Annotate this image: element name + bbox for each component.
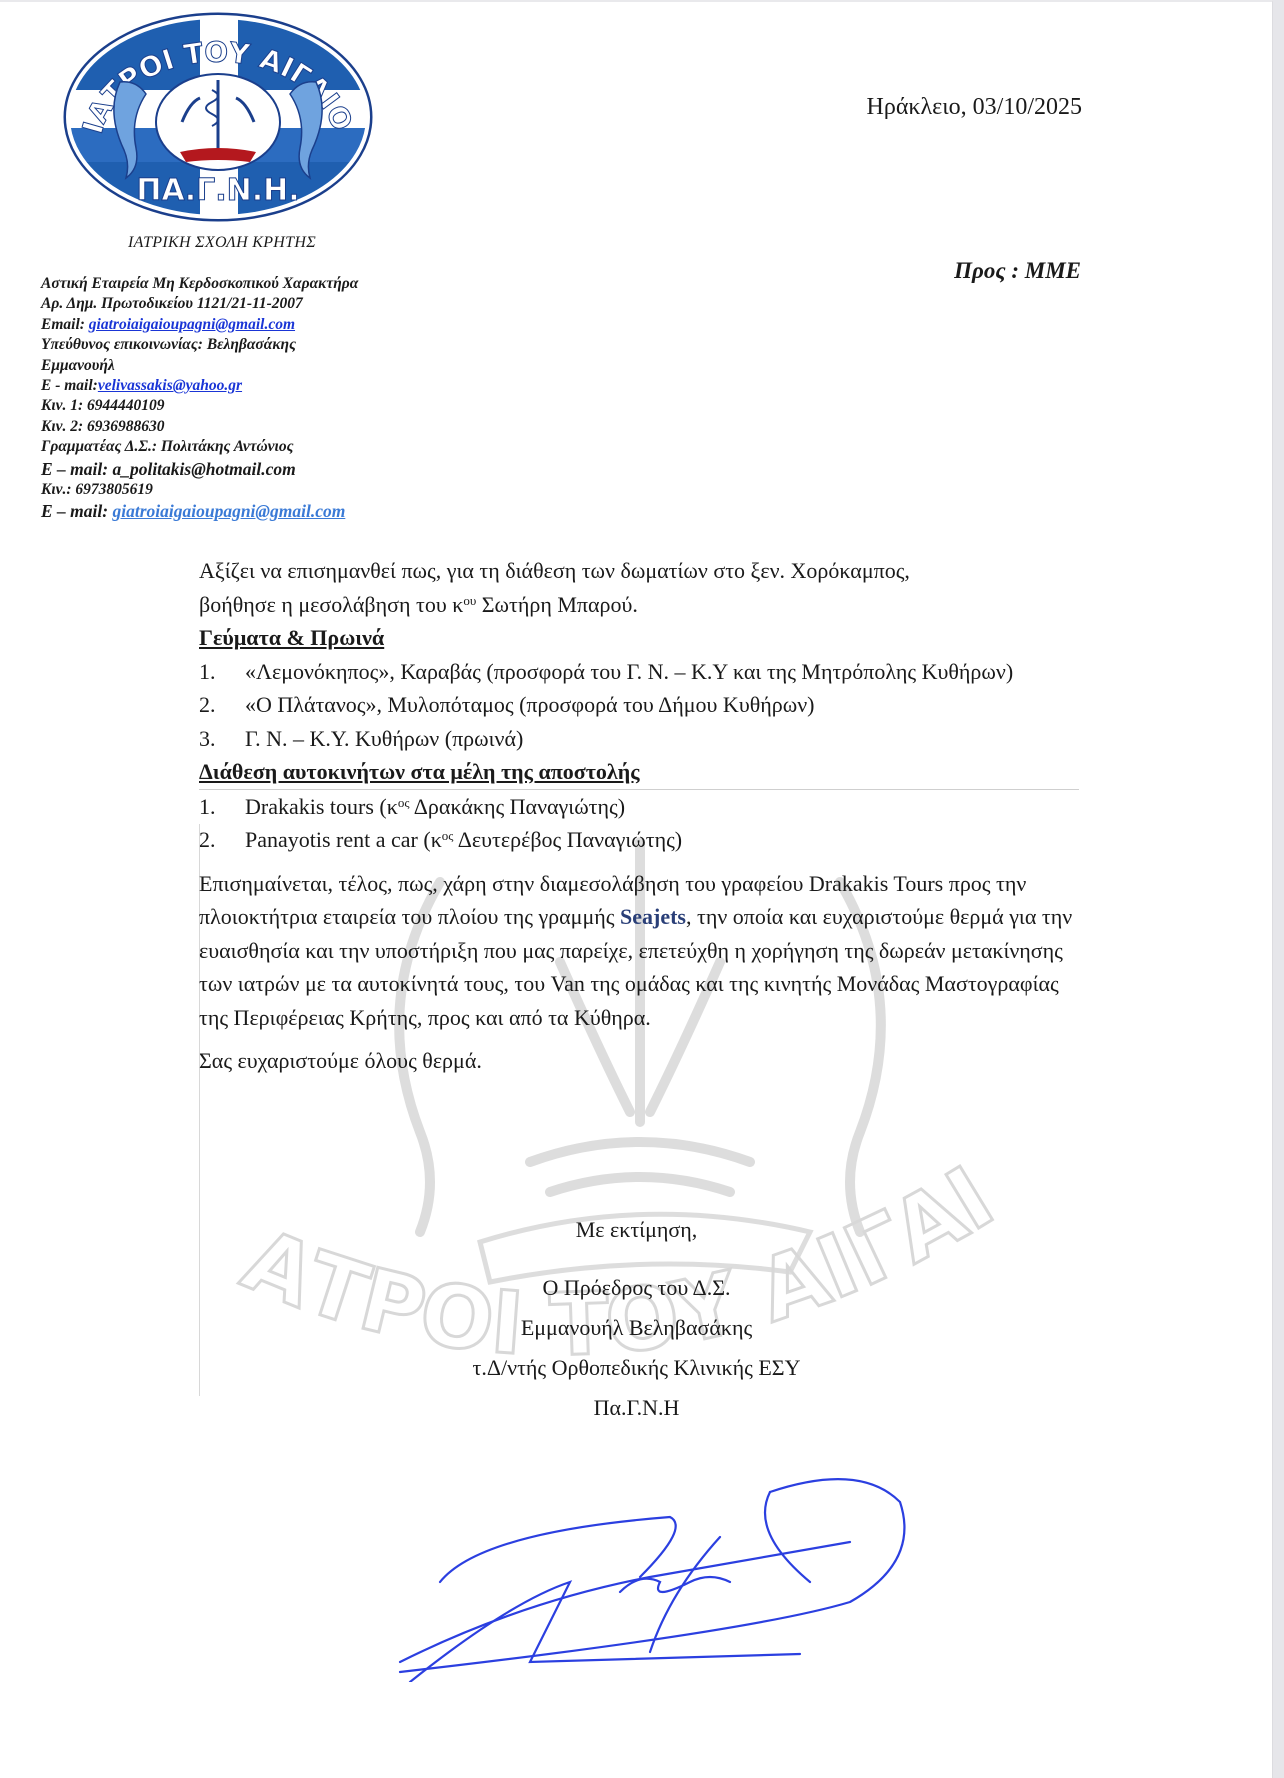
brand-name: Seajets	[620, 904, 686, 929]
letter-body: Αξίζει να επισημανθεί πως, για τη διάθεσ…	[199, 554, 1079, 1078]
list-text: Drakakis tours (κ	[245, 794, 398, 819]
list-item: 2.Panayotis rent a car (κος Δευτερέβος Π…	[199, 823, 1079, 857]
closing-paragraph: Επισημαίνεται, τέλος, πως, χάρη στην δια…	[199, 867, 1079, 1035]
signer-name: Εμμανουήλ Βεληβασάκης	[0, 1308, 1273, 1348]
email4-label: E – mail:	[41, 501, 112, 521]
signer-role: τ.Δ/ντής Ορθοπεδικής Κλινικής ΕΣΥ	[0, 1348, 1273, 1388]
list-number: 2.	[199, 823, 216, 857]
list-item: 1.Drakakis tours (κος Δρακάκης Παναγιώτη…	[199, 790, 1079, 824]
list-number: 1.	[199, 655, 216, 689]
intro-line-1: Αξίζει να επισημανθεί πως, για τη διάθεσ…	[199, 554, 1079, 588]
logo-bottom-text: ΠΑ.Γ.Ν.Η.	[136, 173, 299, 208]
email2-label: E - mail:	[41, 377, 98, 394]
thanks-line: Σας ευχαριστούμε όλους θερμά.	[199, 1044, 1079, 1078]
list-text: Panayotis rent a car (κ	[245, 827, 442, 852]
list-text: Γ. Ν. – Κ.Υ. Κυθήρων (πρωινά)	[245, 726, 523, 751]
mobile-2: Κιν. 2: 6936988630	[41, 417, 461, 437]
email3-line: E – mail: a_politakis@hotmail.com	[41, 458, 461, 480]
list-text: Δευτερέβος Παναγιώτης)	[453, 827, 682, 852]
email4-link[interactable]: giatroiaigaioupagni@gmail.com	[112, 501, 345, 521]
list-item: 2.«Ο Πλάτανος», Μυλοπόταμος (προσφορά το…	[199, 688, 1079, 722]
letter-date: Ηράκλειο, 03/10/2025	[867, 94, 1082, 121]
comms-contact-name: Εμμανουήλ	[41, 356, 461, 376]
intro-text-a: βοήθησε η μεσολάβηση του κ	[199, 592, 463, 617]
honorific-sup: ου	[463, 593, 476, 608]
secretary: Γραμματέας Δ.Σ.: Πολιτάκης Αντώνιος	[41, 437, 461, 457]
signer-title: Ο Πρόεδρος του Δ.Σ.	[0, 1268, 1273, 1308]
contact-block: Αστική Εταιρεία Μη Κερδοσκοπικού Χαρακτή…	[41, 274, 461, 522]
honorific-sup: ος	[398, 795, 410, 810]
intro-line-2: βοήθησε η μεσολάβηση του κου Σωτήρη Μπαρ…	[199, 588, 1079, 622]
recipient: Προς : ΜΜΕ	[954, 258, 1081, 284]
list-text: Δρακάκης Παναγιώτης)	[410, 794, 626, 819]
list-number: 2.	[199, 688, 216, 722]
list-number: 3.	[199, 722, 216, 756]
cars-heading: Διάθεση αυτοκινήτων στα μέλη της αποστολ…	[199, 755, 1079, 790]
organization-logo: ΓΙΑΤΡΟΙ ΤΟΥ ΑΙΓΑΙΟΥ ΠΑ.Γ.Ν.Η.	[62, 12, 374, 222]
meals-heading: Γεύματα & Πρωινά	[199, 621, 1079, 655]
comms-contact: Υπεύθυνος επικοινωνίας: Βεληβασάκης	[41, 335, 461, 355]
signer-org: Πα.Γ.Ν.Η	[0, 1388, 1273, 1428]
list-item: 1.«Λεμονόκηπος», Καραβάς (προσφορά του Γ…	[199, 655, 1079, 689]
email2-line: E - mail:velivassakis@yahoo.gr	[41, 376, 461, 396]
mobile-1: Κιν. 1: 6944440109	[41, 396, 461, 416]
school-name: ΙΑΤΡΙΚΗ ΣΧΟΛΗ ΚΡΗΤΗΣ	[100, 234, 344, 252]
intro-text-b: Σωτήρη Μπαρού.	[476, 592, 638, 617]
meals-list: 1.«Λεμονόκηπος», Καραβάς (προσφορά του Γ…	[199, 655, 1079, 756]
email-line: Email: giatroiaigaioupagni@gmail.com	[41, 315, 461, 335]
list-item: 3.Γ. Ν. – Κ.Υ. Κυθήρων (πρωινά)	[199, 722, 1079, 756]
list-text: «Ο Πλάτανος», Μυλοπόταμος (προσφορά του …	[245, 692, 815, 717]
registry-number: Αρ. Δημ. Πρωτοδικείου 1121/21-11-2007	[41, 294, 461, 314]
regards: Με εκτίμηση,	[0, 1210, 1273, 1250]
email-label: Email:	[41, 316, 89, 333]
honorific-sup: ος	[442, 828, 454, 843]
org-type: Αστική Εταιρεία Μη Κερδοσκοπικού Χαρακτή…	[41, 274, 461, 294]
mobile-3: Κιν.: 6973805619	[41, 480, 461, 500]
cars-list: 1.Drakakis tours (κος Δρακάκης Παναγιώτη…	[199, 790, 1079, 857]
email2-link[interactable]: velivassakis@yahoo.gr	[98, 377, 242, 394]
list-text: «Λεμονόκηπος», Καραβάς (προσφορά του Γ. …	[245, 659, 1013, 684]
email-link[interactable]: giatroiaigaioupagni@gmail.com	[89, 316, 295, 333]
email4-line: E – mail: giatroiaigaioupagni@gmail.com	[41, 500, 461, 522]
list-number: 1.	[199, 790, 216, 824]
signature	[390, 1462, 910, 1682]
letter-page: ΓΙΑΤΡΟΙ ΤΟΥ ΑΙΓΑΙΟΥ ΠΑ.Γ.Ν.Η. ΙΑΤΡΙΚΗ ΣΧ…	[0, 0, 1273, 1778]
